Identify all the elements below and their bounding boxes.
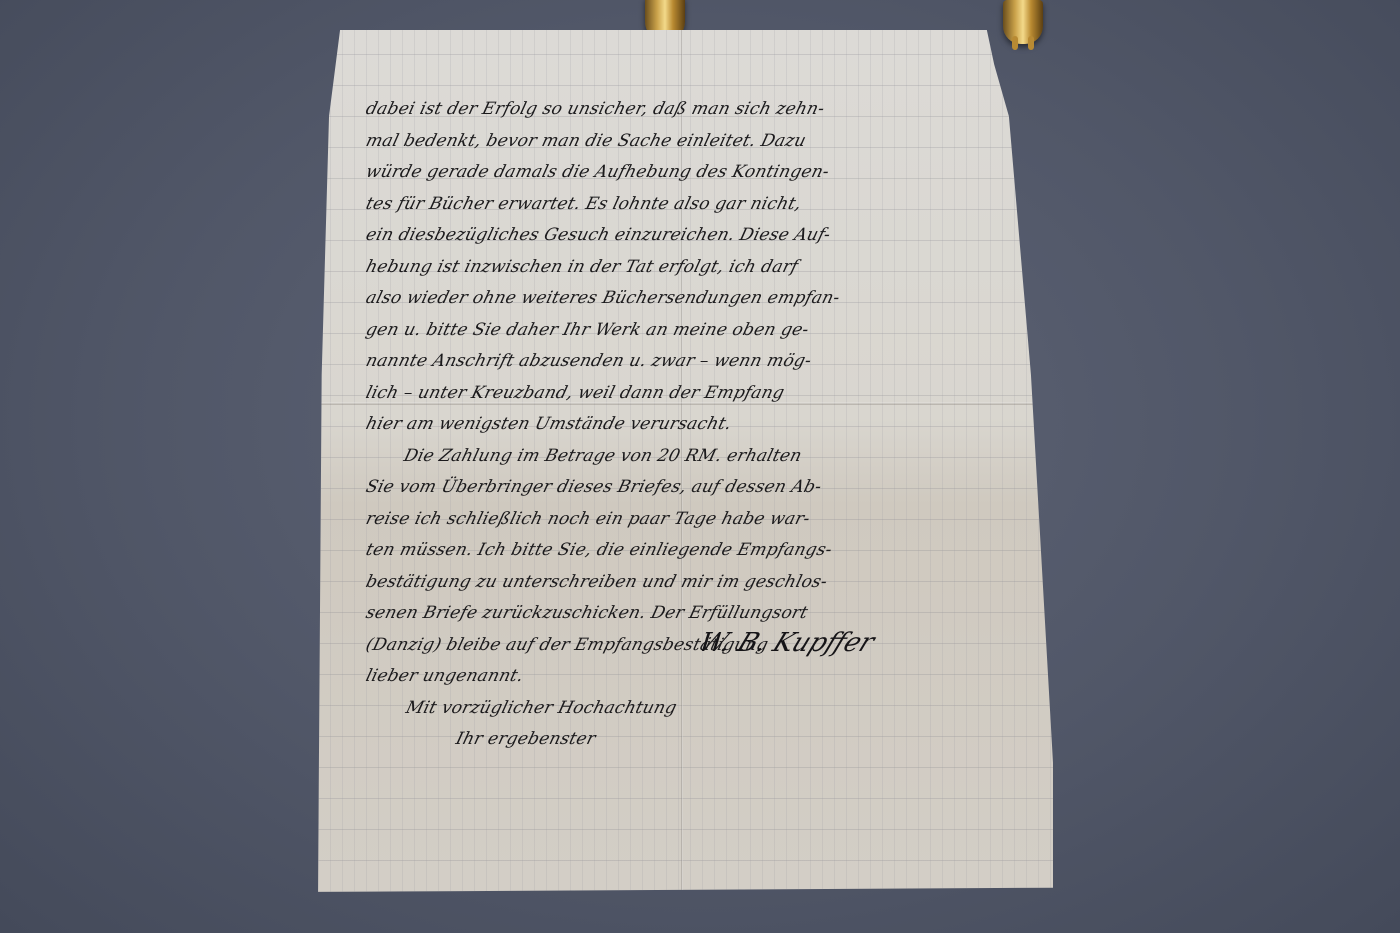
letter-line: lich – unter Kreuzband, weil dann der Em…: [362, 378, 1010, 410]
brass-hand-clip-right: [1003, 0, 1043, 44]
signature: W. B. Kupffer: [694, 628, 879, 658]
letter-line: tes für Bücher erwartet. Es lohnte also …: [362, 189, 1010, 221]
letter-line: also wieder ohne weiteres Büchersendunge…: [362, 283, 1010, 315]
letter-line: würde gerade damals die Aufhebung des Ko…: [362, 157, 1010, 189]
letter-line: (Danzig) bleibe auf der Empfangsbestätig…: [362, 630, 1010, 662]
letter-line: dabei ist der Erfolg so unsicher, daß ma…: [362, 94, 1010, 126]
letter-line: Die Zahlung im Betrage von 20 RM. erhalt…: [362, 441, 1010, 473]
letter-line: Sie vom Überbringer dieses Briefes, auf …: [362, 472, 1010, 504]
handwritten-letter-text: dabei ist der Erfolg so unsicher, daß ma…: [366, 94, 1006, 756]
letter-closing-2: Ihr ergebenster: [362, 724, 1010, 756]
letter-line: hier am wenigsten Umstände verursacht.: [362, 409, 1010, 441]
letter-line: reise ich schließlich noch ein paar Tage…: [362, 504, 1010, 536]
letter-line: ein diesbezügliches Gesuch einzureichen.…: [362, 220, 1010, 252]
letter-line: mal bedenkt, bevor man die Sache einleit…: [362, 126, 1010, 158]
letter-closing: Mit vorzüglicher Hochachtung: [362, 693, 1010, 725]
letter-line: lieber ungenannt.: [362, 661, 1010, 693]
letter-line: hebung ist inzwischen in der Tat erfolgt…: [362, 252, 1010, 284]
letter-line: gen u. bitte Sie daher Ihr Werk an meine…: [362, 315, 1010, 347]
letter-line: senen Briefe zurückzuschicken. Der Erfül…: [362, 598, 1010, 630]
letter-line: nannte Anschrift abzusenden u. zwar – we…: [362, 346, 1010, 378]
letter-paper: dabei ist der Erfolg so unsicher, daß ma…: [318, 30, 1053, 892]
letter-line: bestätigung zu unterschreiben und mir im…: [362, 567, 1010, 599]
letter-line: ten müssen. Ich bitte Sie, die einliegen…: [362, 535, 1010, 567]
